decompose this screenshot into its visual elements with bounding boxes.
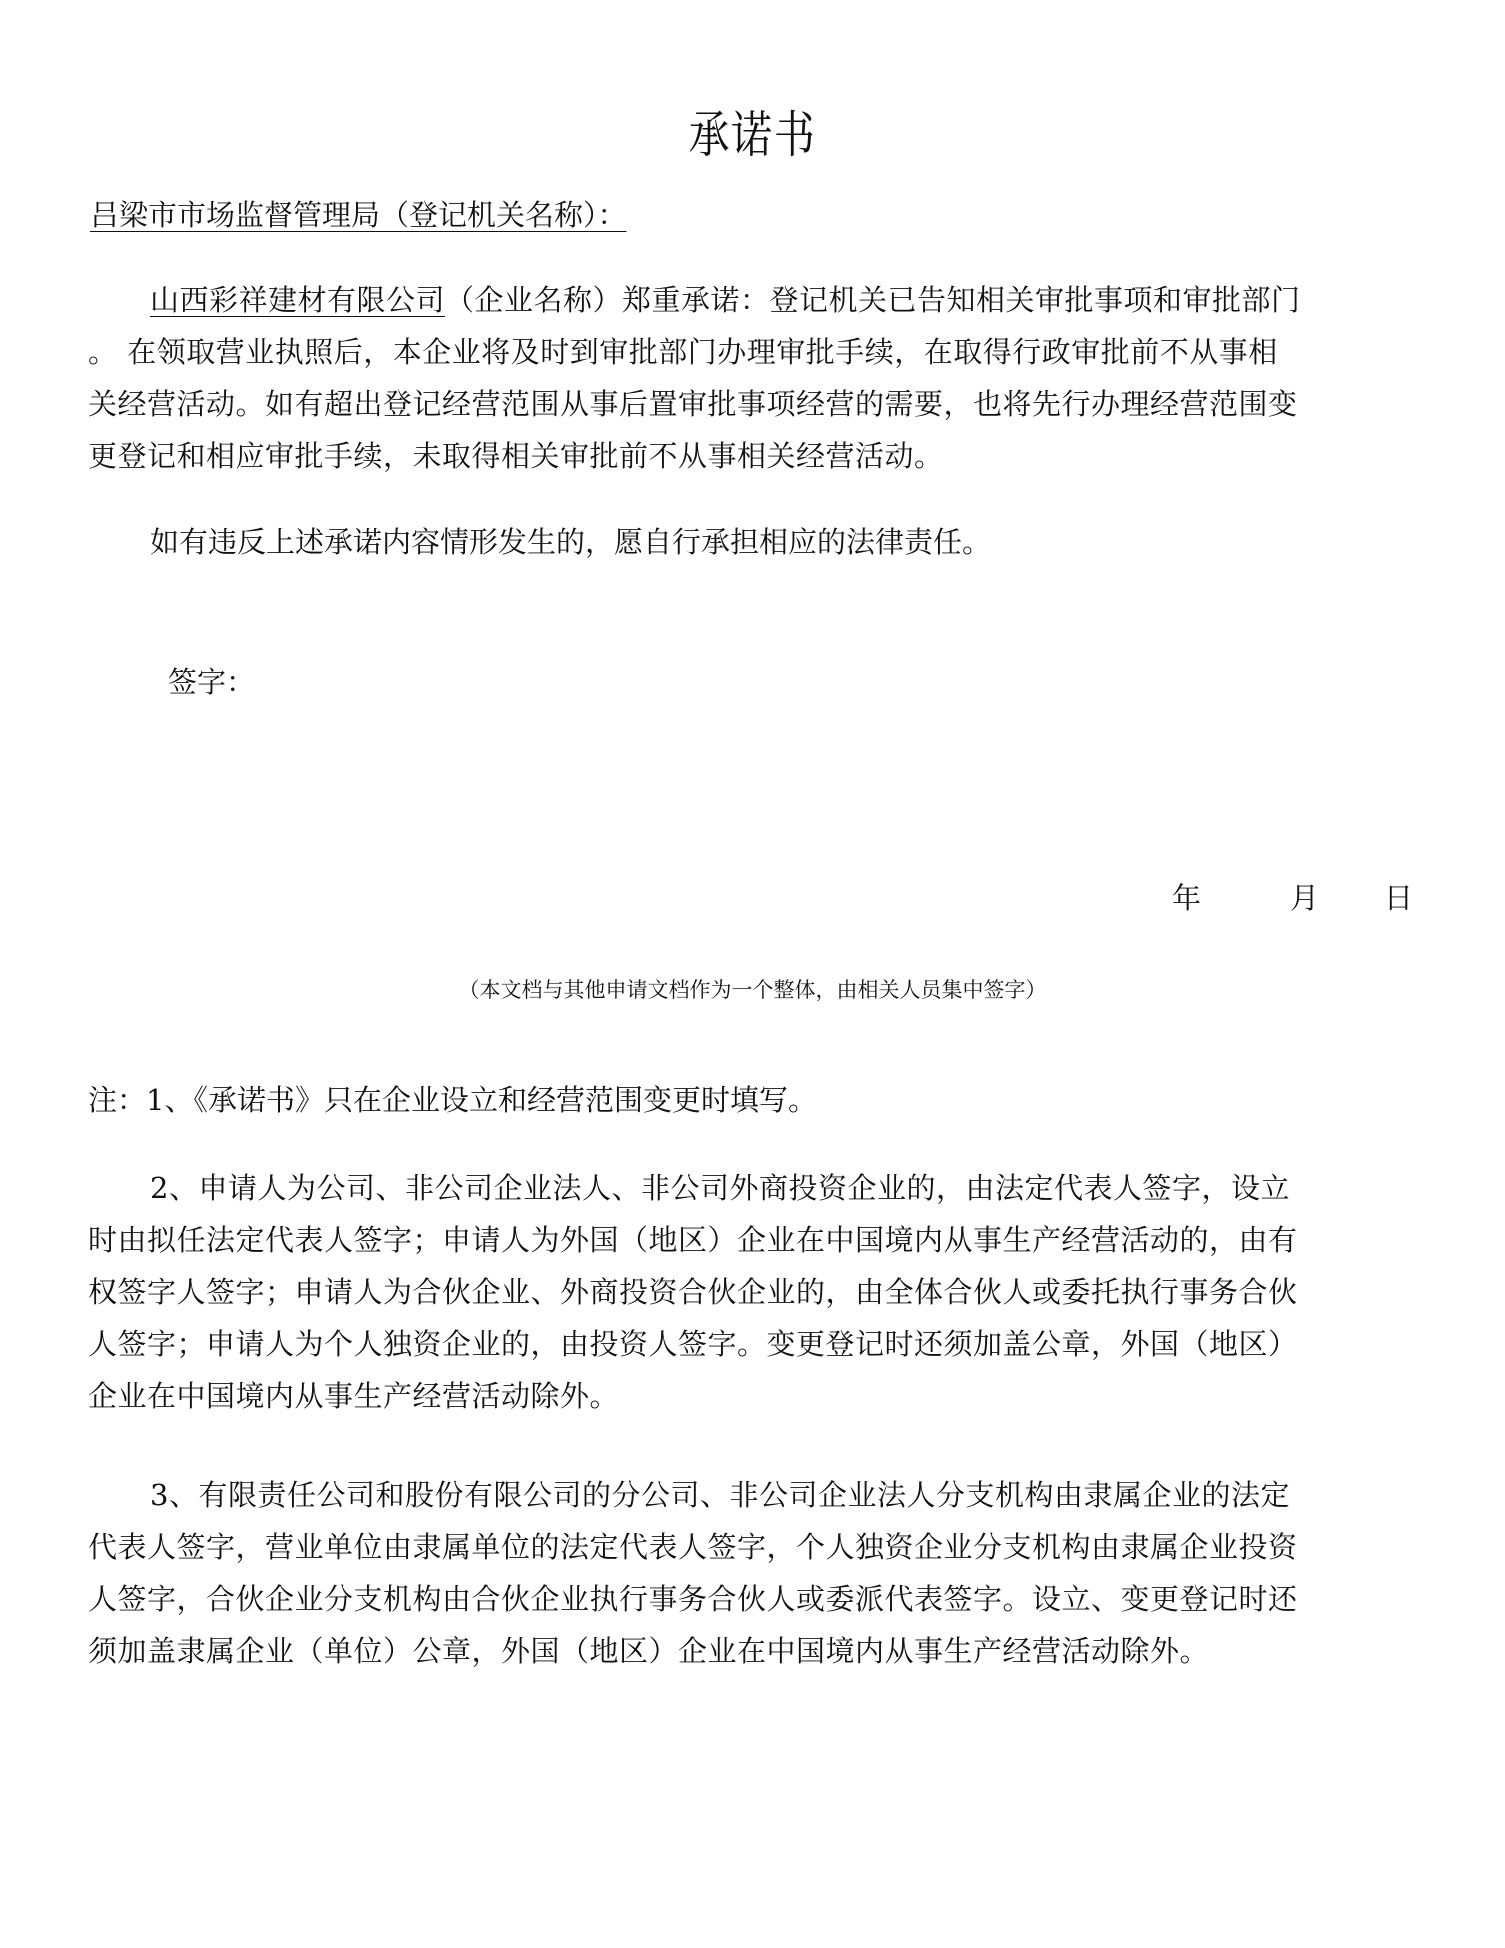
note-2-line-2: 时由拟任法定代表人签字；申请人为外国（地区）企业在中国境内从事生产经营活动的，由… [88,1214,1423,1266]
violation-clause: 如有违反上述承诺内容情形发生的，愿自行承担相应的法律责任。 [150,520,991,564]
note-2-line-3: 权签字人签字；申请人为合伙企业、外商投资合伙企业的，由全体合伙人或委托执行事务合… [88,1266,1423,1318]
date-month-label: 月 [1290,876,1384,920]
pledge-line-3: 关经营活动。如有超出登记经营范围从事后置审批事项经营的需要，也将先行办理经营范围… [88,378,1423,430]
note-3-line-4: 须加盖隶属企业（单位）公章，外国（地区）企业在中国境内从事生产经营活动除外。 [88,1625,1423,1677]
pledge-line-4: 更登记和相应审批手续，未取得相关审批前不从事相关经营活动。 [88,430,1423,482]
note-3-line-3: 人签字，合伙企业分支机构由合伙企业执行事务合伙人或委派代表签字。设立、变更登记时… [88,1573,1423,1625]
addressee-suffix: （登记机关名称）： [380,198,627,232]
pledge-line-2: 。 在领取营业执照后，本企业将及时到审批部门办理审批手续，在取得行政审批前不从事… [88,326,1423,378]
pledge-paragraph: 山西彩祥建材有限公司（企业名称）郑重承诺：登记机关已告知相关审批事项和审批部门 … [88,274,1423,482]
document-note: （本文档与其他申请文档作为一个整体，由相关人员集中签字） [0,972,1505,1008]
note-1: 注：1、《承诺书》只在企业设立和经营范围变更时填写。 [88,1078,817,1122]
date-day-label: 日 [1384,876,1413,920]
addressee-line: 吕梁市市场监督管理局（登记机关名称）： [90,193,627,237]
company-name: 山西彩祥建材有限公司 [150,283,445,317]
signature-label: 签字： [168,660,255,704]
note-3-paragraph: 3、有限责任公司和股份有限公司的分公司、非公司企业法人分支机构由隶属企业的法定 … [88,1469,1423,1677]
document-title: 承诺书 [135,100,1369,170]
pledge-line-1: 山西彩祥建材有限公司（企业名称）郑重承诺：登记机关已告知相关审批事项和审批部门 [88,274,1423,326]
pledge-line-1-text: （企业名称）郑重承诺：登记机关已告知相关审批事项和审批部门 [445,283,1301,317]
note-2-line-4: 人签字；申请人为个人独资企业的，由投资人签字。变更登记时还须加盖公章，外国（地区… [88,1318,1423,1370]
registration-authority-name: 吕梁市市场监督管理局 [90,198,380,232]
note-3-line-2: 代表人签字，营业单位由隶属单位的法定代表人签字，个人独资企业分支机构由隶属企业投… [88,1521,1423,1573]
note-2-line-5: 企业在中国境内从事生产经营活动除外。 [88,1370,1423,1422]
note-2-line-1: 2、申请人为公司、非公司企业法人、非公司外商投资企业的，由法定代表人签字，设立 [88,1162,1423,1214]
document-page: 承诺书 吕梁市市场监督管理局（登记机关名称）： 山西彩祥建材有限公司（企业名称）… [0,0,1505,1948]
date-year-label: 年 [1172,876,1290,920]
date-fields: 年月日 [1172,876,1413,920]
note-2-paragraph: 2、申请人为公司、非公司企业法人、非公司外商投资企业的，由法定代表人签字，设立 … [88,1162,1423,1422]
note-3-line-1: 3、有限责任公司和股份有限公司的分公司、非公司企业法人分支机构由隶属企业的法定 [88,1469,1423,1521]
